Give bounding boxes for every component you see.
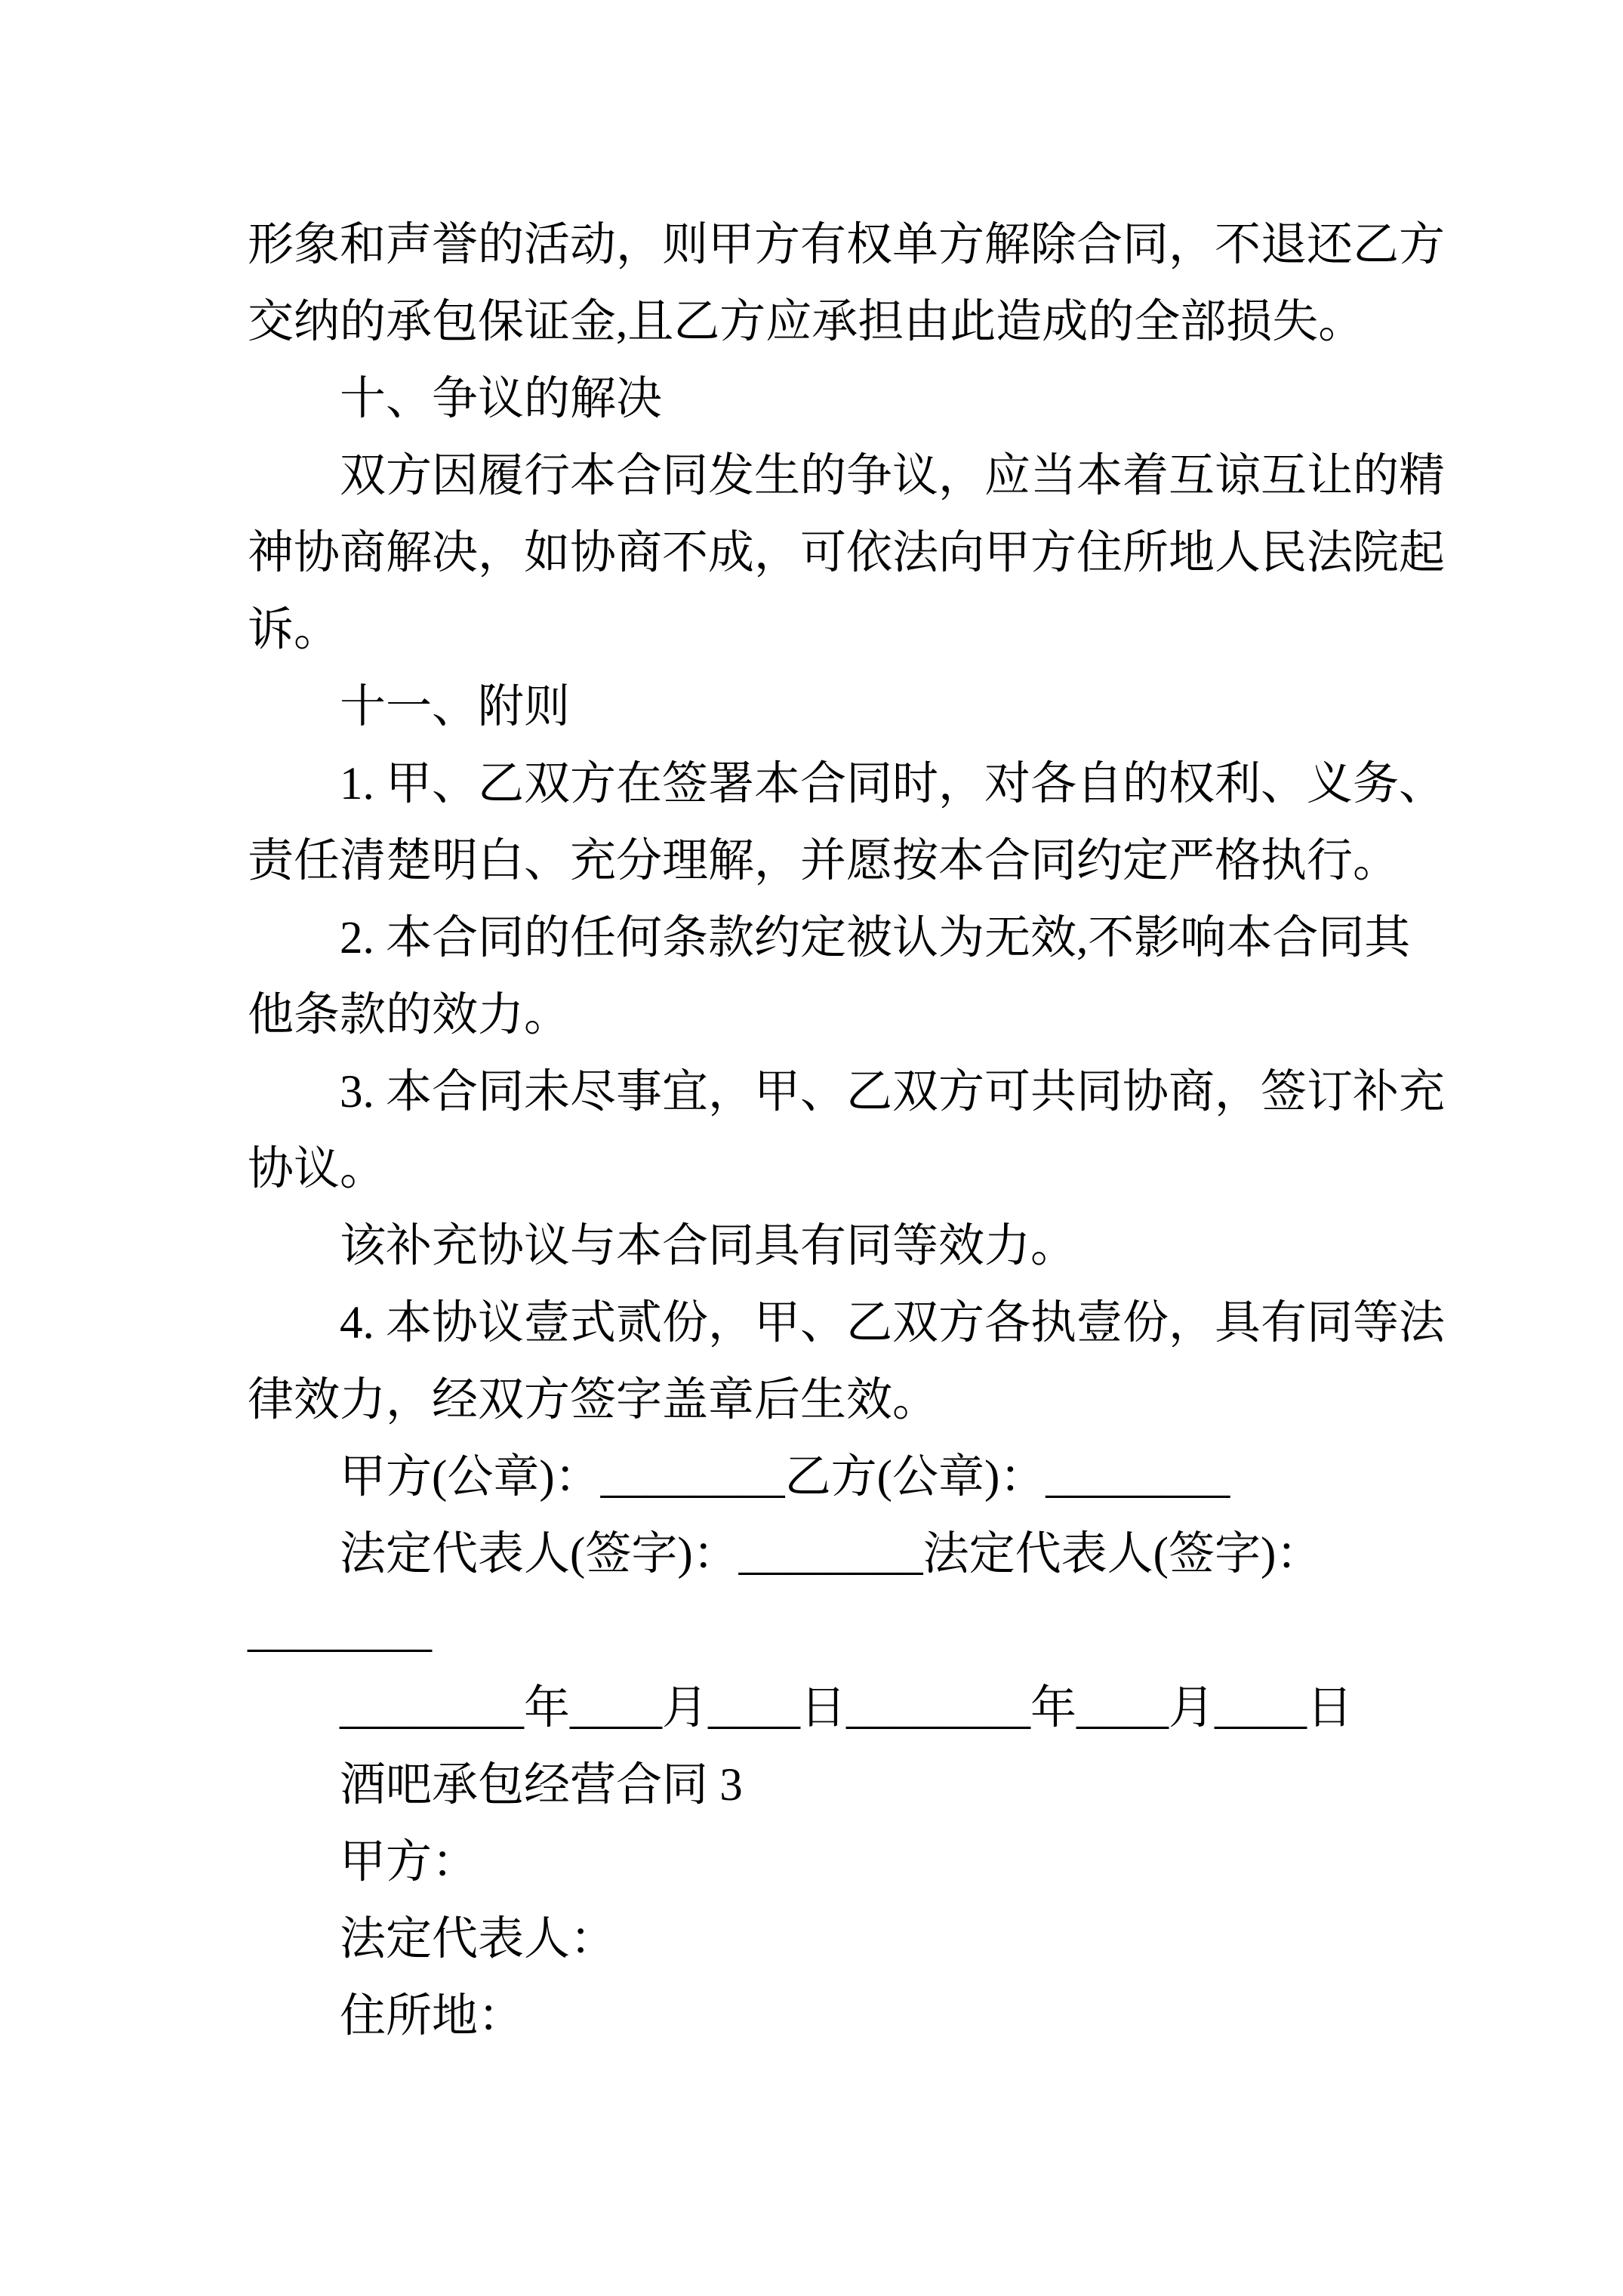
text-line: ________年____月____日________年____月____日: [248, 1670, 1455, 1747]
text-line: 该补充协议与本合同具有同等效力。: [248, 1208, 1455, 1285]
text-line: 甲方(公章)：________乙方(公章)：________: [248, 1439, 1455, 1516]
text-line: 诉。: [248, 592, 1455, 669]
text-line: 十一、附则: [248, 669, 1455, 746]
text-line: 住所地：: [248, 1978, 1455, 2055]
text-line: 酒吧承包经营合同 3: [248, 1747, 1455, 1824]
text-line: 2. 本合同的任何条款约定被认为无效,不影响本合同其: [248, 900, 1455, 977]
document-page: 形象和声誉的活动，则甲方有权单方解除合同，不退还乙方交纳的承包保证金,且乙方应承…: [0, 0, 1623, 2296]
document-body: 形象和声誉的活动，则甲方有权单方解除合同，不退还乙方交纳的承包保证金,且乙方应承…: [248, 207, 1455, 2055]
text-line: 法定代表人(签字)：________法定代表人(签字)：: [248, 1516, 1455, 1593]
text-line: ________: [248, 1593, 1455, 1670]
text-line: 3. 本合同未尽事宜，甲、乙双方可共同协商，签订补充: [248, 1054, 1455, 1131]
text-line: 4. 本协议壹式贰份，甲、乙双方各执壹份，具有同等法: [248, 1285, 1455, 1362]
text-line: 双方因履行本合同发生的争议，应当本着互谅互让的精: [248, 438, 1455, 515]
text-line: 神协商解决，如协商不成，可依法向甲方住所地人民法院起: [248, 515, 1455, 592]
text-line: 律效力，经双方签字盖章后生效。: [248, 1362, 1455, 1439]
text-line: 形象和声誉的活动，则甲方有权单方解除合同，不退还乙方: [248, 207, 1455, 284]
text-line: 1. 甲、乙双方在签署本合同时，对各自的权利、义务、: [248, 746, 1455, 823]
text-line: 协议。: [248, 1131, 1455, 1208]
text-line: 责任清楚明白、充分理解，并愿按本合同约定严格执行。: [248, 823, 1455, 900]
text-line: 甲方：: [248, 1824, 1455, 1901]
text-line: 十、争议的解决: [248, 361, 1455, 438]
text-line: 他条款的效力。: [248, 977, 1455, 1054]
text-line: 法定代表人：: [248, 1901, 1455, 1978]
text-line: 交纳的承包保证金,且乙方应承担由此造成的全部损失。: [248, 284, 1455, 361]
